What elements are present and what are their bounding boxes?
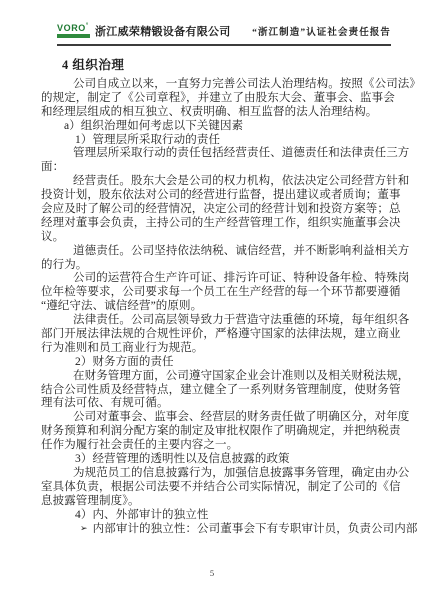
body-line: 为规范员工的信息披露行为，加强信息披露事务管理，确定由办公 — [41, 467, 397, 481]
body-line: 公司的运营符合生产许可证、排污许可证、特种设备年检、特殊岗 — [41, 272, 397, 286]
company-name: 浙江威荣精锻设备有限公司 — [95, 26, 231, 39]
report-title: “浙江制造”认证社会责任报告 — [252, 27, 391, 39]
body-line: 经理对董事会负责，主持公司的生产经营管理工作，组织实施董事会决 — [41, 217, 397, 231]
list-item-3: 3）经营管理的透明性以及信息披露的政策 — [41, 453, 397, 467]
body-line: 的行为。 — [41, 259, 397, 273]
body-line: 位年检等要求，公司要求每一个员工在生产经营的每一个环节都要遵循 — [41, 286, 397, 300]
body-line: 公司对董事会、监事会、经营层的财务责任做了明确区分，对年度 — [41, 411, 397, 425]
body-line: 任作为履行社会责任的主要内容之一。 — [41, 439, 397, 453]
body-line: 管理层所采取行动的责任包括经营责任、道德责任和法律责任三方 — [41, 147, 397, 161]
logo-wordmark: VORO° — [57, 22, 89, 33]
body-line: 在财务管理方面，公司遵守国家企业会计准则以及相关财税法规， — [41, 370, 397, 384]
body-line: 结合公司性质及经营特点，建立健全了一系列财务管理制度，使财务管 — [41, 384, 397, 398]
section-heading: 4 组织治理 — [62, 55, 124, 73]
logo-tagline-bar — [57, 34, 90, 38]
body-line: 投资计划，股东依法对公司的经营进行监督，提出建议或者质询；董事 — [41, 189, 397, 203]
body-line: 和经理层组成的相互独立、权责明确、相互监督的法人治理结构。 — [41, 106, 397, 120]
company-logo: VORO° — [57, 22, 90, 39]
body-line: 经营责任。股东大会是公司的权力机构，依法决定公司经营方针和 — [41, 175, 397, 189]
page-header: VORO° 浙江威荣精锻设备有限公司 “浙江制造”认证社会责任报告 — [57, 22, 391, 46]
arrow-bullet-icon: ➢ — [80, 522, 88, 536]
body-line: 财务预算和利润分配方案的制定及审批权限作了明确规定，并把纳税责 — [41, 425, 397, 439]
list-item-4: 4）内、外部审计的独立性 — [41, 509, 397, 523]
body-line: 面： — [41, 161, 397, 175]
body-line: 行为准则和员工商业行为规范。 — [41, 342, 397, 356]
page-number: 5 — [0, 568, 424, 578]
body-text: 公司自成立以来，一直努力完善公司法人治理结构。按照《公司法》 的规定，制定了《公… — [41, 78, 397, 536]
bullet-line: ➢内部审计的独立性：公司董事会下有专职审计员，负责公司内部 — [41, 523, 397, 537]
body-line: 息披露管理制度》。 — [41, 495, 397, 509]
body-line: 法律责任。公司高层领导致力于营造守法重德的环境，每年组织各 — [41, 314, 397, 328]
document-page: VORO° 浙江威荣精锻设备有限公司 “浙江制造”认证社会责任报告 4 组织治理… — [0, 0, 424, 600]
body-line: 公司自成立以来，一直努力完善公司法人治理结构。按照《公司法》 — [41, 78, 397, 92]
bullet-text: 内部审计的独立性：公司董事会下有专职审计员，负责公司内部 — [93, 523, 418, 535]
list-item-a: a）组织治理如何考虑以下关键因素 — [41, 120, 397, 134]
body-line: 室具体负责，根据公司法要不并结合公司实际情况，制定了公司的《信 — [41, 481, 397, 495]
list-item-2: 2）财务方面的责任 — [41, 356, 397, 370]
header-divider — [57, 44, 391, 46]
body-line: 的规定，制定了《公司章程》，并建立了由股东大会、董事会、监事会 — [41, 92, 397, 106]
body-line: 议。 — [41, 231, 397, 245]
body-line: 理有法可依、有规可循。 — [41, 397, 397, 411]
body-line: 会应及时了解公司的经营情况，决定公司的经营计划和投资方案等；总 — [41, 203, 397, 217]
body-line: “遵纪守法、诚信经营”的原则。 — [41, 300, 397, 314]
body-line: 部门开展法律法规的合规性评价，严格遵守国家的法律法规，建立商业 — [41, 328, 397, 342]
list-item-1: 1）管理层所采取行动的责任 — [41, 134, 397, 148]
body-line: 道德责任。公司坚持依法纳税、诚信经营，并不断影响利益相关方 — [41, 245, 397, 259]
logo-mark: ° — [86, 23, 89, 29]
